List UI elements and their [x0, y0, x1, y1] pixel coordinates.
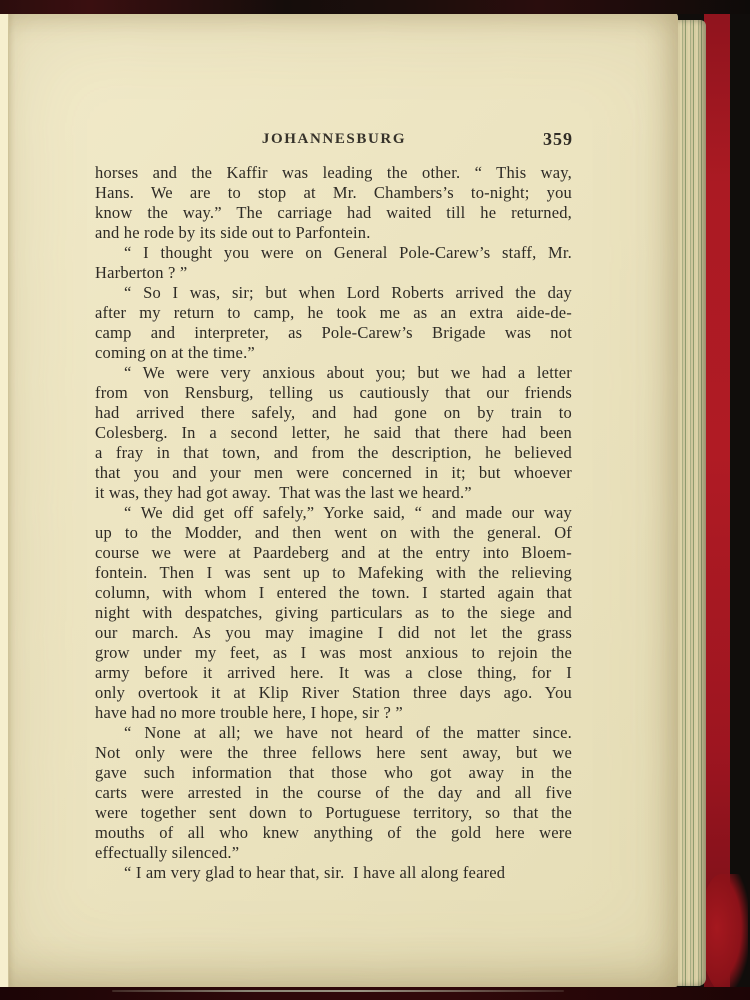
text-line: gave such information that those who got…: [95, 763, 572, 783]
text-line: that you and your men were concerned in …: [95, 463, 572, 483]
text-line: our march. As you may imagine I did not …: [95, 623, 572, 643]
text-line: up to the Modder, and then went on with …: [95, 523, 572, 543]
text-line: column, with whom I entered the town. I …: [95, 583, 572, 603]
text-line: mouths of all who knew anything of the g…: [95, 823, 572, 843]
paragraph: horses and the Kaffir was leading the ot…: [95, 163, 572, 243]
text-line: Colesberg. In a second letter, he said t…: [95, 423, 572, 443]
bottom-table-edge-highlight: [112, 990, 564, 992]
text-line: carts were arrested in the course of the…: [95, 783, 572, 803]
text-line: a fray in that town, and from the descri…: [95, 443, 572, 463]
paragraph: “ None at all; we have not heard of the …: [95, 723, 572, 863]
paragraph: “ I thought you were on General Pole-Car…: [95, 243, 572, 283]
left-page-edge: [0, 13, 9, 987]
text-line: grow under my feet, as I was most anxiou…: [95, 643, 572, 663]
book-cover-red-edge: [704, 4, 730, 1000]
text-line: after my return to camp, he took me as a…: [95, 303, 572, 323]
text-line: Hans. We are to stop at Mr. Chambers’s t…: [95, 183, 572, 203]
text-line: course we were at Paardeberg and at the …: [95, 543, 572, 563]
page-number: 359: [543, 129, 573, 150]
text-line: “ We did get off safely,” Yorke said, “ …: [95, 503, 572, 523]
paragraph: “ We did get off safely,” Yorke said, “ …: [95, 503, 572, 723]
text-line: had arrived there safely, and had gone o…: [95, 403, 572, 423]
bottom-shadow-band: [0, 987, 750, 1000]
page-header: JOHANNESBURG 359: [95, 131, 573, 153]
text-line: “ We were very anxious about you; but we…: [95, 363, 572, 383]
text-line: camp and interpreter, as Pole-Carew’s Br…: [95, 323, 572, 343]
paragraph: “ We were very anxious about you; but we…: [95, 363, 572, 503]
text-line: effectually silenced.”: [95, 843, 572, 863]
scanned-book-photo: JOHANNESBURG 359 horses and the Kaffir w…: [0, 0, 750, 1000]
text-line: “ I am very glad to hear that, sir. I ha…: [95, 863, 572, 883]
book-page: JOHANNESBURG 359 horses and the Kaffir w…: [0, 13, 678, 987]
text-line: and he rode by its side out to Parfontei…: [95, 223, 572, 243]
page-text: horses and the Kaffir was leading the ot…: [95, 163, 572, 883]
text-line: have had no more trouble here, I hope, s…: [95, 703, 572, 723]
text-line: only overtook it at Klip River Station t…: [95, 683, 572, 703]
text-line: fontein. Then I was sent up to Mafeking …: [95, 563, 572, 583]
text-line: night with despatches, giving particular…: [95, 603, 572, 623]
text-line: know the way.” The carriage had waited t…: [95, 203, 572, 223]
text-line: army before it arrived here. It was a cl…: [95, 663, 572, 683]
text-line: it was, they had got away. That was the …: [95, 483, 572, 503]
text-line: Harberton ? ”: [95, 263, 572, 283]
text-line: from von Rensburg, telling us cautiously…: [95, 383, 572, 403]
running-title: JOHANNESBURG: [95, 131, 573, 148]
paragraph: “ I am very glad to hear that, sir. I ha…: [95, 863, 572, 883]
text-line: “ I thought you were on General Pole-Car…: [95, 243, 572, 263]
text-line: Not only were the three fellows here sen…: [95, 743, 572, 763]
paragraph: “ So I was, sir; but when Lord Roberts a…: [95, 283, 572, 363]
text-line: coming on at the time.”: [95, 343, 572, 363]
text-line: “ So I was, sir; but when Lord Roberts a…: [95, 283, 572, 303]
text-line: were together sent down to Portuguese te…: [95, 803, 572, 823]
text-line: horses and the Kaffir was leading the ot…: [95, 163, 572, 183]
text-line: “ None at all; we have not heard of the …: [95, 723, 572, 743]
top-shadow-band: [0, 0, 750, 14]
